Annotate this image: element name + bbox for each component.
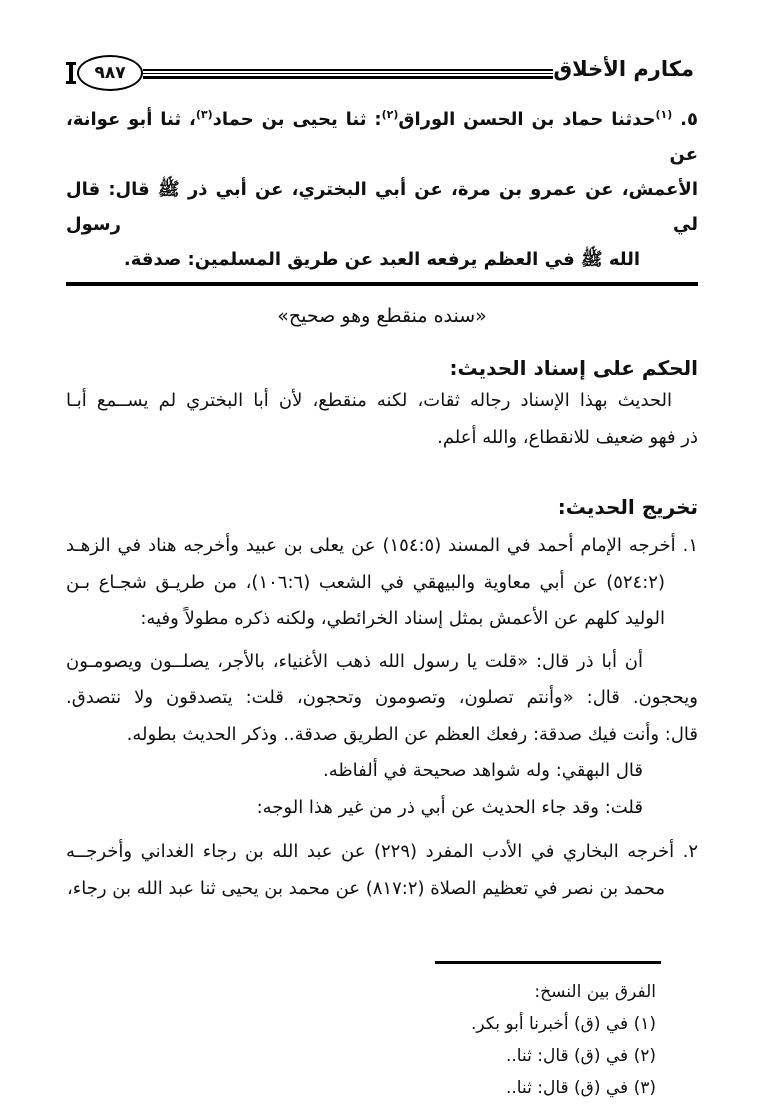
verdict-line: «سنده منقطع وهو صحيح» <box>66 301 698 331</box>
footnotes-block: الفرق بين النسخ: (١) في (ق) أخبرنا أبو ب… <box>66 976 656 1104</box>
footnotes-title: الفرق بين النسخ: <box>66 976 656 1008</box>
paragraph-line: ٢. أخرجه البخاري في الأدب المفرد (٢٢٩) ع… <box>66 834 698 871</box>
paragraph-line: قال: وأنت فيك صدقة: رفعك العظم عن الطريق… <box>66 717 698 754</box>
hukm-paragraph: الحديث بهذا الإسناد رجاله ثقات، لكنه منق… <box>66 383 698 456</box>
book-title: مكارم الأخلاق <box>553 59 698 80</box>
header-rule-ornament <box>143 69 553 79</box>
header-end-ornament <box>66 62 76 84</box>
paragraph-line: محمد بن نصر في تعظيم الصلاة (٨١٧:٢) عن م… <box>66 871 698 908</box>
footnote-item: (٢) في (ق) قال: ثنا.. <box>66 1040 656 1072</box>
footnote-item: (١) في (ق) أخبرنا أبو بكر. <box>66 1008 656 1040</box>
paragraph-line: ذر فهو ضعيف للانقطاع، والله أعلم. <box>66 420 698 457</box>
quoted-hadith-paragraph: أن أبا ذر قال: «قلت يا رسول الله ذهب الأ… <box>66 644 698 754</box>
takhrij-entry-1: ١. أخرجه الإمام أحمد في المسند (١٥٤:٥) ع… <box>66 528 698 638</box>
paragraph-line: الحديث بهذا الإسناد رجاله ثقات، لكنه منق… <box>66 383 698 420</box>
paragraph-line: قلت: وقد جاء الحديث عن أبي ذر من غير هذا… <box>66 790 698 827</box>
hadith-text-block: ٥. (١)حدثنا حماد بن الحسن الوراق(٢): ثنا… <box>66 102 698 277</box>
paragraph-line: ١. أخرجه الإمام أحمد في المسند (١٥٤:٥) ع… <box>66 528 698 565</box>
page-header: مكارم الأخلاق ٩٨٧ <box>66 48 698 90</box>
paragraph-line: (٥٢٤:٢) عن أبي معاوية والبيهقي في الشعب … <box>66 565 698 602</box>
bayhaqi-comment: قال البهقي: وله شواهد صحيحة في ألفاظه. ق… <box>66 753 698 826</box>
section-heading-hukm: الحكم على إسناد الحديث: <box>66 353 698 383</box>
hadith-line: ٥. (١)حدثنا حماد بن الحسن الوراق(٢): ثنا… <box>66 102 698 172</box>
takhrij-entry-2: ٢. أخرجه البخاري في الأدب المفرد (٢٢٩) ع… <box>66 834 698 907</box>
hadith-line: الأعمش، عن عمرو بن مرة، عن أبي البختري، … <box>66 172 698 242</box>
paragraph-line: أن أبا ذر قال: «قلت يا رسول الله ذهب الأ… <box>66 644 698 681</box>
paragraph-line: الوليد كلهم عن الأعمش بمثل إسناد الخرائط… <box>66 601 698 638</box>
footnote-separator-rule <box>435 961 661 964</box>
book-page: مكارم الأخلاق ٩٨٧ ٥. (١)حدثنا حماد بن ال… <box>0 0 760 1105</box>
hadith-line: الله ﷺ في العظم يرفعه العبد عن طريق المس… <box>66 242 698 277</box>
page-number: ٩٨٧ <box>94 65 125 82</box>
paragraph-line: ويحجون. قال: «وأنتم تصلون، وتصومون وتحجو… <box>66 680 698 717</box>
paragraph-line: قال البهقي: وله شواهد صحيحة في ألفاظه. <box>66 753 698 790</box>
hadith-divider-rule <box>66 282 698 286</box>
page-number-badge: ٩٨٧ <box>77 55 143 91</box>
section-heading-takhrij: تخريج الحديث: <box>66 492 698 522</box>
footnote-item: (٣) في (ق) قال: ثنا.. <box>66 1072 656 1104</box>
